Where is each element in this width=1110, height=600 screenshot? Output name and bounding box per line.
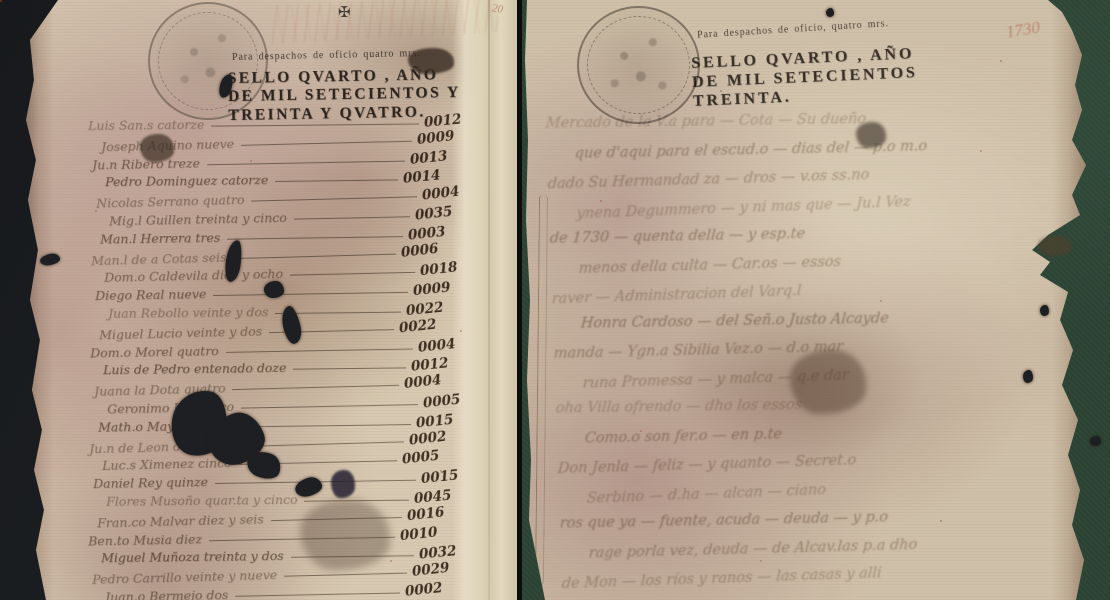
worm-hole: [826, 8, 834, 17]
leader-line: [213, 292, 408, 296]
stain-smudge: [790, 350, 866, 414]
leader-line: [294, 216, 411, 219]
archival-photo-spread: ✠ 20 Para despachos de oficio quatro mrs…: [0, 0, 1110, 600]
entry-name: Pedro Dominguez catorze: [105, 172, 268, 189]
leader-line: [290, 272, 416, 276]
right-sello-header: SELLO QVARTO , AÑO DE MIL SETECIENTOS TR…: [691, 45, 919, 111]
worm-hole: [1090, 436, 1101, 446]
entry-name: Juan.o Bermejo dos: [105, 587, 228, 600]
leader-line: [227, 236, 403, 240]
ms-line-text: Mercado de la V.a para — Cota — Su dueño: [545, 111, 867, 131]
entry-amount: 0022: [399, 316, 438, 336]
leader-line: [211, 123, 419, 126]
ms-line-text: Como.o son fer.o — en p.te: [584, 426, 783, 446]
entry-amount: 0015: [421, 467, 460, 487]
ink-blot: [331, 470, 355, 498]
entry-amount: 0005: [423, 391, 462, 411]
left-page-spine-crease: [488, 0, 490, 600]
entry-amount: 0004: [404, 372, 443, 392]
leader-line: [241, 140, 412, 145]
leader-line: [293, 368, 406, 370]
leader-line: [251, 196, 417, 201]
leader-line: [284, 572, 407, 576]
entry-amount: 0004: [422, 184, 461, 204]
folio-number: 20: [491, 2, 504, 15]
entry-amount: 0013: [410, 148, 449, 168]
entry-amount: 0004: [418, 335, 457, 355]
manuscript-text: Mercado de la V.a para — Cota — Su dueño…: [545, 112, 1047, 598]
ledger: Luis San.s catorze 0012 Joseph Aquino nu…: [88, 112, 462, 600]
entry-amount: 0029: [412, 560, 451, 580]
ink-blot: [856, 122, 886, 148]
stain-smudge: [300, 500, 390, 570]
entry-amount: 0010: [400, 524, 439, 544]
ink-blot: [408, 48, 454, 74]
entry-amount: 0018: [420, 260, 459, 280]
paper-speckles: [0, 0, 2, 2]
ms-line-text: de 1730 — quenta della — y esp.te: [549, 226, 806, 247]
entry-amount: 0005: [402, 448, 441, 468]
entry-name: Juan Rebollo veinte y dos: [108, 304, 268, 321]
leader-line: [241, 404, 419, 409]
entry-amount: 0009: [417, 128, 456, 148]
leader-line: [207, 160, 406, 165]
entry-name: Man.l Herrera tres: [100, 229, 220, 246]
leader-line: [275, 180, 398, 183]
ms-line-text: oha Villa ofrendo — dho los essos: [555, 397, 803, 416]
entry-amount: 0035: [415, 204, 454, 224]
leader-line: [226, 348, 414, 352]
worm-hole: [1040, 305, 1049, 316]
entry-amount: 0016: [407, 504, 446, 524]
maltese-cross-icon: ✠: [338, 3, 351, 22]
worm-hole: [1023, 370, 1033, 383]
entry-amount: 0002: [405, 580, 444, 600]
entry-name: Luis San.s catorze: [88, 117, 204, 133]
leader-line: [235, 424, 412, 428]
leader-line: [233, 253, 396, 259]
ink-blot: [140, 134, 174, 162]
worm-hole: [264, 281, 284, 298]
right-seal-stamp-icon: [577, 6, 700, 124]
leader-line: [233, 385, 400, 390]
leader-line: [235, 592, 400, 596]
entry-amount: 0002: [409, 428, 448, 448]
entry-amount: 0009: [413, 280, 452, 300]
entry-name: Flores Musoño quar.ta y cinco: [106, 491, 298, 508]
entry-amount: 0006: [401, 240, 440, 260]
charred-notch-edge: [1038, 236, 1072, 256]
